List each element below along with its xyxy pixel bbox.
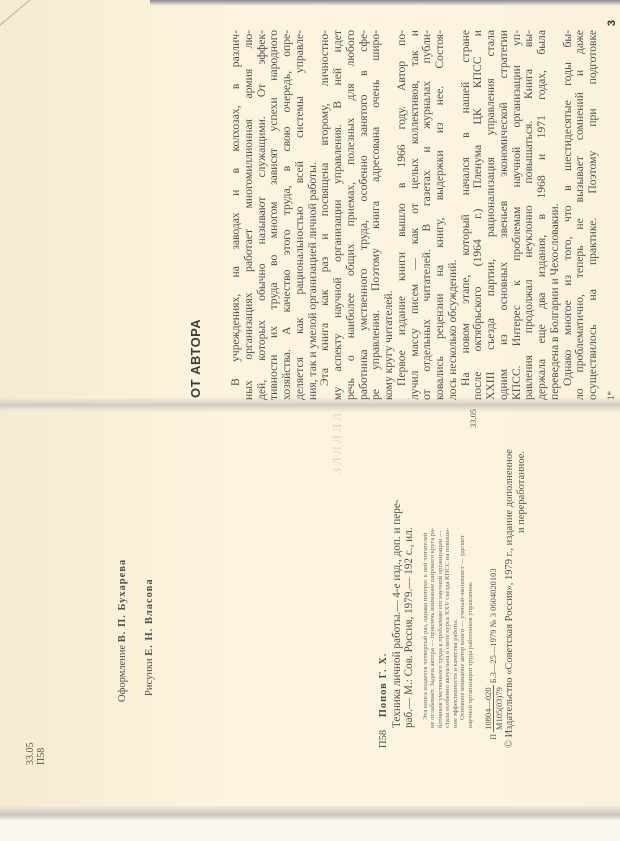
right-page-foreword: ОТ АВТОРА В учреждениях, на заводах и в … bbox=[188, 5, 618, 400]
annotation-line: ние эффективности и качества работы. bbox=[452, 408, 460, 728]
annotation-line: стала особенно актуальна в свете курса X… bbox=[444, 408, 452, 728]
text-line: тивности их труда во многом зависят успе… bbox=[268, 30, 281, 400]
chapter-title: ОТ АВТОРА bbox=[188, 5, 204, 400]
text-line: работника умственного труда, особенно за… bbox=[358, 30, 371, 400]
page-footer: 1* 3 bbox=[606, 20, 618, 400]
text-line: ковались рецензии на книгу, выдержки из … bbox=[434, 30, 447, 400]
annotation-line: Основное внимание автор книги — ученый-э… bbox=[459, 408, 467, 728]
text-line: лось несколько обсуждений. bbox=[447, 30, 460, 400]
scanner-bed bbox=[0, 820, 620, 841]
text-line: после октябрьского (1964 г.) Пленума ЦК … bbox=[472, 30, 485, 400]
text-line: На новом этапе, который начался в нашей … bbox=[460, 30, 473, 400]
text-line: Эта книга как раз и посвящена второму, л… bbox=[319, 30, 332, 400]
text-line: осуществилось на практике. Поэтому при п… bbox=[587, 30, 600, 400]
bib-copyright-cont: и переработанное. bbox=[516, 388, 529, 748]
signature-mark: 1* bbox=[606, 391, 618, 400]
text-line: ло проблематично, теперь не вызывает сом… bbox=[574, 30, 587, 400]
text-line: ния, так и умелой организацией личной ра… bbox=[307, 30, 320, 400]
text-line: Первое издание книги вышло в 1966 году. … bbox=[396, 30, 409, 400]
bib-author: Попов Г. Х. bbox=[378, 653, 389, 718]
text-line: переведена в Болгарии и Чехословакии. bbox=[549, 30, 562, 400]
text-line: ных организациях работает многомиллионна… bbox=[243, 30, 256, 400]
annotation-line: не ослабевает. Задача автора — привлечь … bbox=[429, 408, 437, 728]
credit-drawings: Рисунки Е. Н. Власова bbox=[143, 559, 156, 702]
bib-price-code: 33.05 bbox=[468, 409, 478, 428]
bib-heading: П58 Попов Г. Х. bbox=[378, 388, 391, 748]
text-line: В учреждениях, на заводах и в колхозах, … bbox=[230, 30, 243, 400]
library-classification: 33.05 П58 bbox=[25, 743, 47, 766]
text-line: равления продолжал неуклонно повышаться.… bbox=[523, 30, 536, 400]
text-line: му аспекту научной организации управлени… bbox=[332, 30, 345, 400]
bib-annotation: Эта книга издается четвертый раз, однако… bbox=[422, 408, 475, 748]
text-line: хозяйства. А качество этого труда, в сво… bbox=[281, 30, 294, 400]
text-line: одним из основных звеньев экономической … bbox=[498, 30, 511, 400]
bibliographic-record: П58 Попов Г. Х. Техника личной работы.— … bbox=[378, 388, 529, 748]
faint-bleedthrough-stamp: ЗЛЛЛЛЛ bbox=[330, 410, 345, 474]
annotation-line: ботников умственного труда к проблемам е… bbox=[437, 408, 445, 728]
bib-copyright: © Издательство «Советская Россия», 1979 … bbox=[504, 388, 517, 748]
text-line: от отдельных читателей. В газетах и журн… bbox=[421, 30, 434, 400]
bib-title: Техника личной работы.— 4-е изд., доп. и… bbox=[391, 388, 404, 748]
illustration-credits: Оформление В. П. Бухарева Рисунки Е. Н. … bbox=[116, 559, 156, 702]
credit-design: Оформление В. П. Бухарева bbox=[116, 559, 129, 702]
text-line: XXIII съезда партии, рационализация упра… bbox=[485, 30, 498, 400]
bib-publisher: раб.— М.: Сов. Россия, 1979.— 192 с., ил… bbox=[403, 388, 416, 748]
annotation-line: научной организации труда работников упр… bbox=[467, 408, 475, 728]
text-line: дей, которых обычно называют служащими. … bbox=[256, 30, 269, 400]
annotation-line: Эта книга издается четвертый раз, однако… bbox=[422, 408, 430, 728]
bib-index: П 10804—020 М105(03)79 Б.3—25—1979 № 3 0… bbox=[483, 388, 504, 748]
text-line: кому кругу читателей. bbox=[383, 30, 396, 400]
text-line: речь о наиболее общих приемах, полезных … bbox=[345, 30, 358, 400]
text-line: лучил массу писем — как от целых коллект… bbox=[409, 30, 422, 400]
text-line: держала еще два издания, в 1968 и 1971 г… bbox=[536, 30, 549, 400]
text-line: КПСС. Интерес к проблемам научной органи… bbox=[511, 30, 524, 400]
foreword-text: В учреждениях, на заводах и в колхозах, … bbox=[230, 5, 600, 400]
page-number: 3 bbox=[606, 20, 618, 26]
text-line: ре управления. Поэтому книга адресована … bbox=[370, 30, 383, 400]
text-line: деляется как рациональностью всей систем… bbox=[294, 30, 307, 400]
page-bottom-edge bbox=[0, 806, 620, 820]
text-line: Однако многое из того, что в шестидесяты… bbox=[562, 30, 575, 400]
